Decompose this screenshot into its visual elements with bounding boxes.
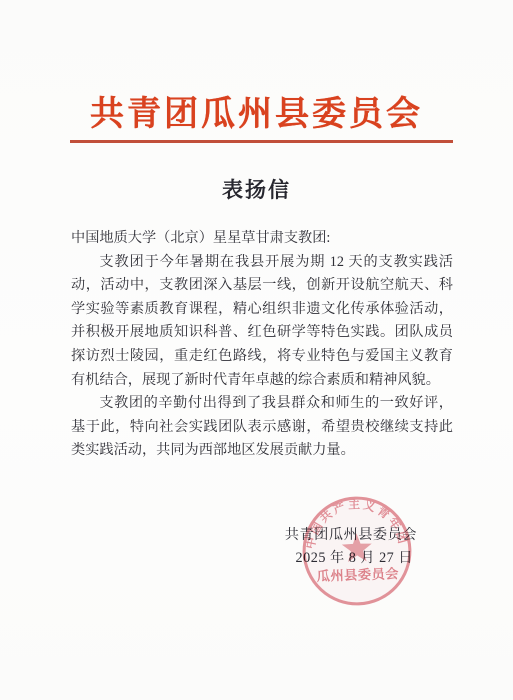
salutation: 中国地质大学（北京）星星草甘肃支教团:: [71, 227, 453, 251]
signature-org: 共青团瓜州县委员会: [285, 524, 417, 547]
signature-block: 共青团瓜州县委员会 2025 年 8 月 27 日: [285, 524, 417, 570]
paragraph-2: 支教团的辛勤付出得到了我县群众和师生的一致好评，基于此，特向社会实践团队表示感谢…: [71, 392, 453, 463]
letterhead-rule: [70, 140, 453, 143]
letter-body: 中国地质大学（北京）星星草甘肃支教团: 支教团于今年暑期在我县开展为期 12 天…: [71, 227, 453, 463]
signature-date: 2025 年 8 月 27 日: [285, 547, 417, 570]
letterhead-title: 共青团瓜州县委员会: [0, 86, 513, 135]
doc-title: 表扬信: [0, 174, 513, 204]
paragraph-1: 支教团于今年暑期在我县开展为期 12 天的支教实践活动，活动中，支教团深入基层一…: [71, 251, 453, 393]
letter-page: 共青团瓜州县委员会 表扬信 中国地质大学（北京）星星草甘肃支教团: 支教团于今年…: [0, 0, 513, 700]
